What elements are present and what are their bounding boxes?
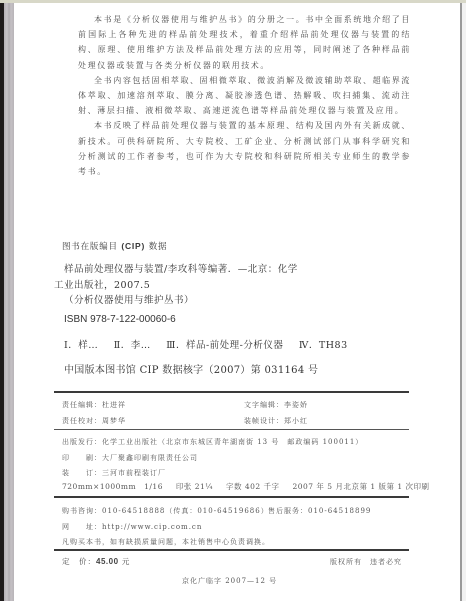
page-gutter: [3, 3, 14, 601]
after-sales-hotline: 售后服务：010-64518899: [268, 506, 371, 516]
divider: [54, 429, 409, 430]
print-specs: 720mm×1000mm 1/16 印张 21¼ 字数 402 千字 2007 …: [62, 481, 440, 492]
word-count: 字数 402 千字: [226, 482, 280, 491]
classification-line: Ⅰ．样… Ⅱ．李… Ⅲ．样品-前处理-分析仪器 Ⅳ．TH83: [64, 337, 360, 351]
classification-item: Ⅰ．样…: [64, 340, 98, 351]
cip-heading: 图书在版编目 (CIP) 数据: [62, 240, 167, 252]
divider: [54, 496, 409, 498]
cip-series-line: （分析仪器使用与维护丛书）: [54, 293, 334, 309]
cip-record-number: 中国版本图书馆 CIP 数据核字（2007）第 031164 号: [64, 361, 318, 376]
divider: [54, 549, 409, 551]
copyright-notice: 版权所有 违者必究: [330, 557, 402, 567]
edition-info: 2007 年 5 月北京第 1 版第 1 次印刷: [292, 482, 429, 491]
cip-heading-prefix: 图书在版编目: [62, 242, 118, 252]
price-label: 定 价：: [62, 557, 96, 566]
intro-paragraph-1: 本书是《分析仪器使用与维护丛书》的分册之一。书中全面系统地介绍了目前国际上各种先…: [78, 12, 411, 73]
classification-item: Ⅱ．李…: [114, 340, 151, 351]
intro-paragraph-2: 全书内容包括固相萃取、固相微萃取、微波消解及微波辅助萃取、超临界流体萃取、加速溶…: [78, 73, 411, 119]
price-value: 45.00: [96, 557, 119, 566]
book-introduction: 本书是《分析仪器使用与维护丛书》的分册之一。书中全面系统地介绍了目前国际上各种先…: [78, 12, 411, 179]
isbn: ISBN 978-7-122-00060-6: [64, 314, 176, 325]
format-size: 720mm×1000mm 1/16: [62, 482, 163, 491]
print-sheets: 印张 21¼: [176, 482, 213, 491]
binder-info: 装 订：三河市前程装订厂: [62, 468, 166, 478]
cip-title-line: 样品前处理仪器与装置/李攻科等编著．—北京：化学: [54, 262, 334, 278]
license-number: 京化广临字 2007—12 号: [182, 576, 277, 586]
classification-item: Ⅳ．TH83: [299, 340, 348, 351]
intro-paragraph-3: 本书反映了样品前处理仪器与装置的基本原理、结构及国内外有关新成就、新技术。可供科…: [78, 118, 411, 179]
website: 网 址：http://www.cip.com.cn: [62, 522, 202, 532]
proofreader: 责任校对：周梦华: [62, 416, 126, 426]
purchase-hotline: 购书咨询：010-64518888（传真：010-64519686）: [62, 506, 269, 516]
printer-info: 印 刷：大厂聚鑫印刷有限责任公司: [62, 453, 198, 463]
divider: [54, 391, 409, 393]
classification-item: Ⅲ．样品-前处理-分析仪器: [166, 340, 283, 351]
responsible-editor: 责任编辑：杜进祥: [62, 400, 126, 410]
replacement-notice: 凡购买本书，如有缺损质量问题，本社销售中心负责调换。: [62, 537, 270, 547]
cip-heading-suffix: 数据: [149, 242, 168, 252]
publisher-info: 出版发行：化学工业出版社（北京市东城区青年湖南街 13 号 邮政编码 10001…: [62, 437, 363, 447]
cip-publisher-line: 工业出版社，2007.5: [54, 278, 334, 294]
cip-heading-cip: (CIP): [121, 241, 145, 251]
text-editor: 文字编辑：李姿娇: [244, 400, 308, 410]
price-unit: 元: [122, 557, 131, 566]
cip-record-block: 样品前处理仪器与装置/李攻科等编著．—北京：化学 工业出版社，2007.5 （分…: [54, 262, 334, 309]
cover-designer: 装帧设计：郑小红: [244, 416, 308, 426]
price: 定 价：45.00 元: [62, 556, 130, 567]
viewer-right-edge: [462, 3, 466, 601]
